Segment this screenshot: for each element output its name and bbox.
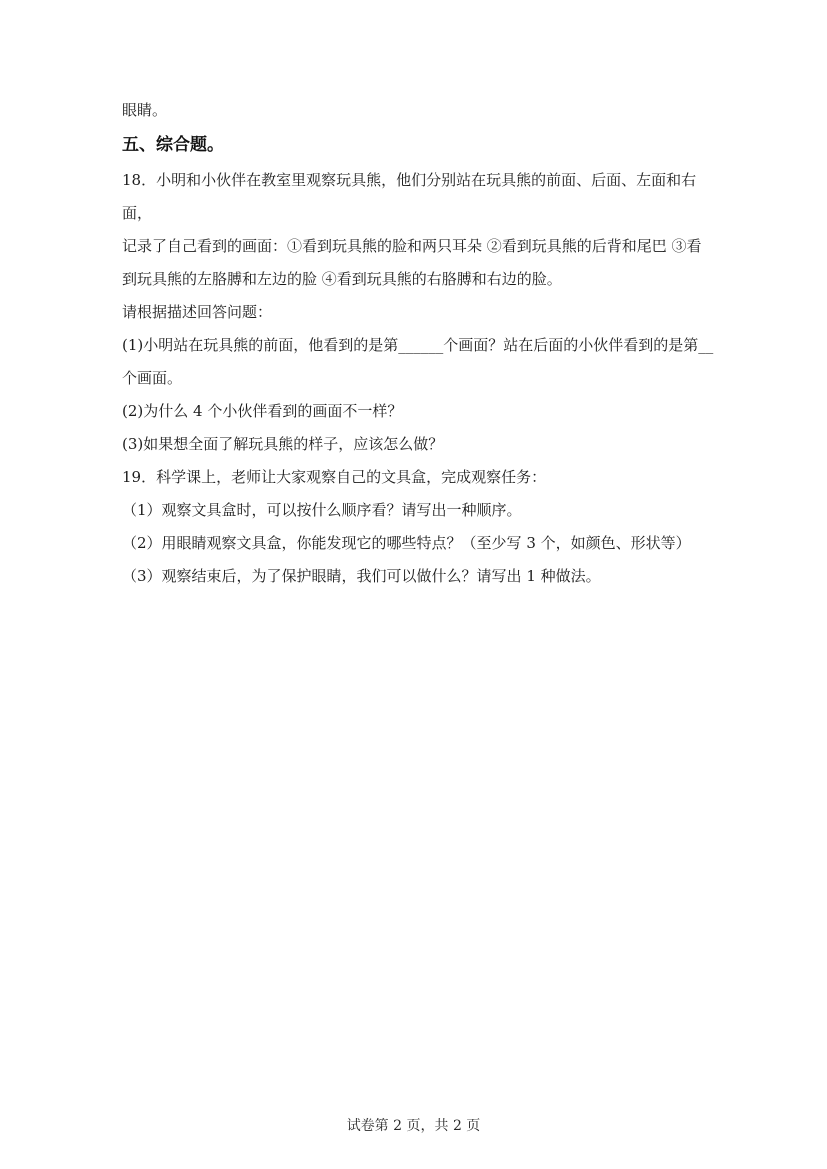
page-footer: 试卷第 2 页，共 2 页 <box>0 1117 827 1135</box>
q19-sub3-text: （3）观察结束后，为了保护眼睛，我们可以做什么？请写出 1 种做法。 <box>122 560 722 593</box>
q18-sub1-line-1: (1)小明站在玩具熊的前面，他看到的是第______个画面？站在后面的小伙伴看到… <box>122 329 722 362</box>
section-heading: 五、综合题。 <box>122 127 722 164</box>
q18-sub1-line-2: 个画面。 <box>122 362 722 395</box>
previous-answer-tail-text: 眼睛。 <box>122 94 722 127</box>
q18-body-line-2: 记录了自己看到的画面：①看到玩具熊的脸和两只耳朵 ②看到玩具熊的后背和尾巴 ③看 <box>122 230 722 263</box>
q18-sub2-text: (2)为什么 4 个小伙伴看到的画面不一样？ <box>122 395 722 428</box>
exam-paper-page: 眼睛。 五、综合题。 18．小明和小伙伴在教室里观察玩具熊，他们分别站在玩具熊的… <box>0 0 827 1169</box>
q18-prompt-text: 请根据描述回答问题： <box>122 296 722 329</box>
page-content: 眼睛。 五、综合题。 18．小明和小伙伴在教室里观察玩具熊，他们分别站在玩具熊的… <box>122 94 722 593</box>
q19-sub2-text: （2）用眼睛观察文具盒，你能发现它的哪些特点？（至少写 3 个，如颜色、形状等） <box>122 527 722 560</box>
q18-sub3-text: (3)如果想全面了解玩具熊的样子，应该怎么做？ <box>122 428 722 461</box>
q18-body-line-1: 18．小明和小伙伴在教室里观察玩具熊，他们分别站在玩具熊的前面、后面、左面和右面… <box>122 164 722 230</box>
q19-sub1-text: （1）观察文具盒时，可以按什么顺序看？请写出一种顺序。 <box>122 494 722 527</box>
q19-body-text: 19．科学课上，老师让大家观察自己的文具盒，完成观察任务： <box>122 461 722 494</box>
q18-body-line-3: 到玩具熊的左胳膊和左边的脸 ④看到玩具熊的右胳膊和右边的脸。 <box>122 263 722 296</box>
